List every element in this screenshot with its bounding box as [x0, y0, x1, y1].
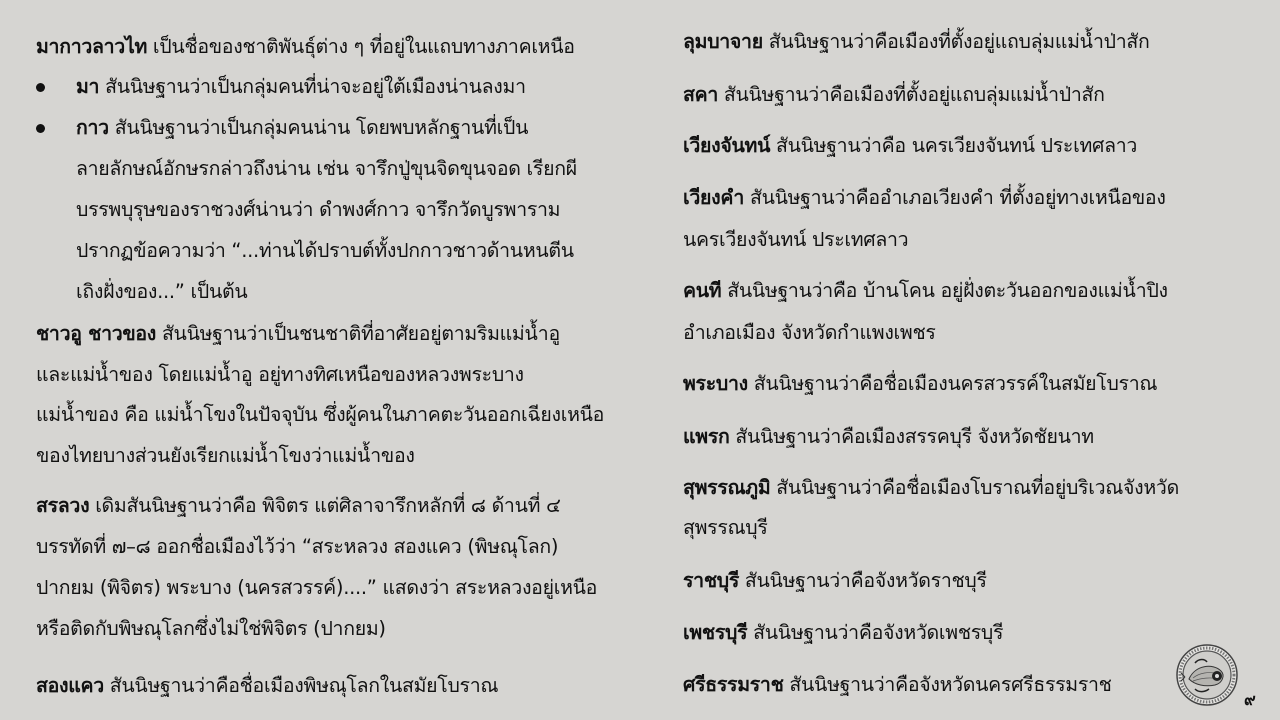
term: มากาวลาวไท	[36, 35, 147, 58]
definition: สันนิษฐานว่าคือ บ้านโคน อยู่ฝั่งตะวันออก…	[721, 279, 1167, 302]
entry-suphannaphum: สุพรรณภูมิ สันนิษฐานว่าคือชื่อเมืองโบราณ…	[683, 474, 1179, 502]
term: มา	[76, 75, 99, 98]
term: สรลวง	[36, 494, 89, 517]
entry-line: และแม่น้ำของ โดยแม่น้ำอู อยู่ทางทิศเหนือ…	[36, 361, 524, 389]
entry-line: หรือติดกับพิษณุโลกซึ่งไม่ใช่พิจิตร (ปากย…	[36, 615, 386, 643]
definition: สันนิษฐานว่าเป็นกลุ่มคนที่น่าจะอยู่ใต้เม…	[99, 75, 526, 98]
intro-line: มากาวลาวไท เป็นชื่อของชาติพันธุ์ต่าง ๆ ท…	[36, 33, 575, 61]
definition: เดิมสันนิษฐานว่าคือ พิจิตร แต่ศิลาจารึกห…	[89, 494, 560, 517]
definition: เป็นชื่อของชาติพันธุ์ต่าง ๆ ที่อยู่ในแถบ…	[147, 35, 575, 58]
bullet-icon	[36, 124, 45, 133]
bullet-item-kao-line: บรรพบุรุษของราชวงศ์น่านว่า ดำพงศ์กาว จาร…	[76, 196, 560, 224]
definition: สันนิษฐานว่าคือชื่อเมืองโบราณที่อยู่บริเ…	[770, 476, 1179, 499]
term: พระบาง	[683, 372, 748, 395]
term: เวียงจันทน์	[683, 134, 770, 157]
entry-line: นครเวียงจันทน์ ประเทศลาว	[683, 226, 908, 254]
definition: สันนิษฐานว่าคือจังหวัดราชบุรี	[739, 569, 987, 592]
entry-si-thammarat: ศรีธรรมราช สันนิษฐานว่าคือจังหวัดนครศรีธ…	[683, 671, 1112, 699]
term: ลุมบาจาย	[683, 30, 763, 53]
term: คนที	[683, 279, 721, 302]
definition: สันนิษฐานว่าคือจังหวัดนครศรีธรรมราช	[784, 673, 1112, 696]
definition: สันนิษฐานว่าคือจังหวัดเพชรบุรี	[747, 621, 1003, 644]
definition: สันนิษฐานว่าเป็นกลุ่มคนน่าน โดยพบหลักฐาน…	[109, 116, 528, 139]
entry-phetchaburi: เพชรบุรี สันนิษฐานว่าคือจังหวัดเพชรบุรี	[683, 619, 1003, 647]
museum-seal-icon	[1175, 643, 1239, 707]
definition: สันนิษฐานว่าคือเมืองสรรคบุรี จังหวัดชัยน…	[730, 425, 1094, 448]
definition: สันนิษฐานว่าคืออำเภอเวียงคำ ที่ตั้งอยู่ท…	[744, 186, 1165, 209]
entry-wiang-kham: เวียงคำ สันนิษฐานว่าคืออำเภอเวียงคำ ที่ต…	[683, 184, 1166, 212]
term: กาว	[76, 116, 109, 139]
entry-ratchaburi: ราชบุรี สันนิษฐานว่าคือจังหวัดราชบุรี	[683, 567, 987, 595]
term: ราชบุรี	[683, 569, 739, 592]
term: ชาวอู ชาวของ	[36, 322, 156, 345]
entry-sorluang: สรลวง เดิมสันนิษฐานว่าคือ พิจิตร แต่ศิลา…	[36, 492, 561, 520]
entry-chao-u-chao-khong: ชาวอู ชาวของ สันนิษฐานว่าเป็นชนชาติที่อา…	[36, 320, 560, 348]
definition: สันนิษฐานว่าคือ นครเวียงจันทน์ ประเทศลาว	[770, 134, 1137, 157]
entry-line: แม่น้ำของ คือ แม่น้ำโขงในปัจจุบัน ซึ่งผู…	[36, 401, 604, 429]
definition: สันนิษฐานว่าเป็นชนชาติที่อาศัยอยู่ตามริม…	[156, 322, 560, 345]
entry-line: ของไทยบางส่วนยังเรียกแม่น้ำโขงว่าแม่น้ำข…	[36, 442, 415, 470]
term: สองแคว	[36, 674, 104, 697]
entry-line: สุพรรณบุรี	[683, 514, 768, 542]
bullet-item-kao: กาว สันนิษฐานว่าเป็นกลุ่มคนน่าน โดยพบหลั…	[76, 114, 528, 142]
term: เวียงคำ	[683, 186, 744, 209]
entry-lum-ba-chai: ลุมบาจาย สันนิษฐานว่าคือเมืองที่ตั้งอยู่…	[683, 28, 1149, 56]
entry-vientiane: เวียงจันทน์ สันนิษฐานว่าคือ นครเวียงจันท…	[683, 132, 1137, 160]
definition: สันนิษฐานว่าคือเมืองที่ตั้งอยู่แถบลุ่มแม…	[718, 83, 1105, 106]
definition: สันนิษฐานว่าคือชื่อเมืองนครสวรรค์ในสมัยโ…	[748, 372, 1157, 395]
definition: สันนิษฐานว่าคือชื่อเมืองพิษณุโลกในสมัยโบ…	[104, 674, 498, 697]
definition: สันนิษฐานว่าคือเมืองที่ตั้งอยู่แถบลุ่มแม…	[763, 30, 1150, 53]
term: เพชรบุรี	[683, 621, 747, 644]
term: สคา	[683, 83, 718, 106]
page-number: ๙	[1244, 690, 1256, 710]
entry-khon-thi: คนที สันนิษฐานว่าคือ บ้านโคน อยู่ฝั่งตะว…	[683, 277, 1168, 305]
entry-phraek: แพรก สันนิษฐานว่าคือเมืองสรรคบุรี จังหวั…	[683, 423, 1094, 451]
term: แพรก	[683, 425, 730, 448]
entry-phra-bang: พระบาง สันนิษฐานว่าคือชื่อเมืองนครสวรรค์…	[683, 370, 1157, 398]
bullet-item-ma: มา สันนิษฐานว่าเป็นกลุ่มคนที่น่าจะอยู่ใต…	[76, 73, 526, 101]
term: ศรีธรรมราช	[683, 673, 784, 696]
entry-line: ปากยม (พิจิตร) พระบาง (นครสวรรค์)....” แ…	[36, 574, 597, 602]
entry-line: บรรทัดที่ ๗–๘ ออกชื่อเมืองไว้ว่า “สระหลว…	[36, 533, 558, 561]
bullet-item-kao-line: ลายลักษณ์อักษรกล่าวถึงน่าน เช่น จารึกปู่…	[76, 155, 577, 183]
bullet-icon	[36, 83, 45, 92]
entry-song-khwae: สองแคว สันนิษฐานว่าคือชื่อเมืองพิษณุโลกใ…	[36, 672, 498, 700]
term: สุพรรณภูมิ	[683, 476, 770, 499]
bullet-item-kao-line: เถิงฝั่งของ...” เป็นต้น	[76, 278, 247, 306]
entry-sakha: สคา สันนิษฐานว่าคือเมืองที่ตั้งอยู่แถบลุ…	[683, 81, 1105, 109]
entry-line: อำเภอเมือง จังหวัดกำแพงเพชร	[683, 319, 936, 347]
bullet-item-kao-line: ปรากฏข้อความว่า “...ท่านได้ปราบต์ทั้งปกก…	[76, 237, 574, 265]
